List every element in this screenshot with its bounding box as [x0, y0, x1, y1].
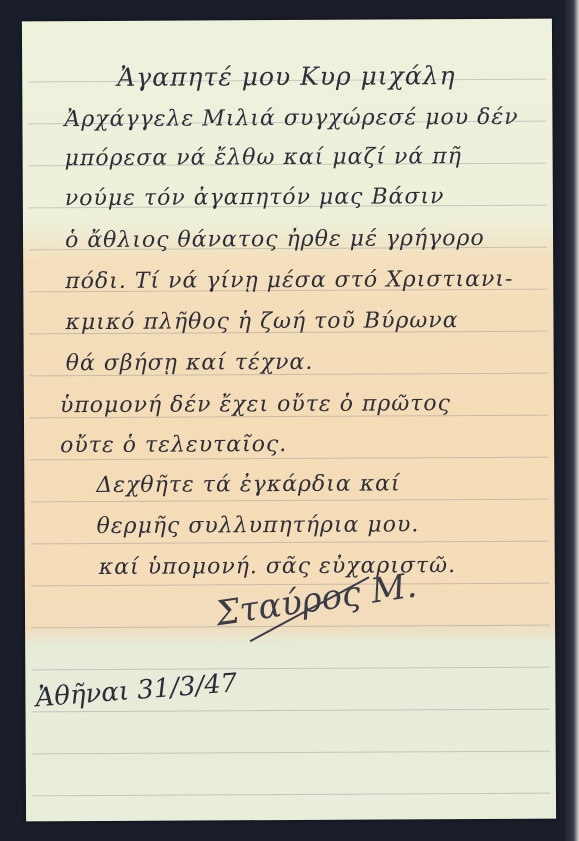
ruled-line: [31, 541, 549, 545]
ruled-line: [32, 709, 550, 713]
letter-line: θερμῆς συλλυπητήρια μου.: [24, 512, 554, 540]
letter-line: πόδι. Τί νά γίνῃ μέσα στό Χριστιανι-: [23, 267, 553, 295]
letter-line: ὑπομονή δέν ἔχει οὔτε ὁ πρῶτος: [24, 391, 554, 419]
letter-salutation: Ἀγαπητέ μου Κυρ μιχάλη: [22, 61, 552, 93]
letter-line: νούμε τόν ἀγαπητόν μας Βάσιν: [23, 184, 553, 212]
letter-line: μπόρεσα νά ἔλθω καί μαζί νά πῆ: [23, 144, 553, 172]
letter-line: Ἀρχάγγελε Μιλιά συγχώρεσέ μου δέν: [22, 105, 552, 133]
letter-line: οὔτε ὁ τελευταῖος.: [24, 431, 554, 459]
letter-line: ὁ ἄθλιος θάνατος ἦρθε μέ γρήγορο: [23, 226, 553, 254]
letter-line: θά σβήσῃ καί τέχνα.: [24, 349, 554, 377]
letter-paper: Ἀγαπητέ μου Κυρ μιχάλη Ἀρχάγγελε Μιλιά σ…: [22, 19, 556, 822]
letter-line: κμικό πλῆθος ἡ ζωή τοῦ Βύρωνα: [23, 308, 553, 336]
date-place: Ἀθῆναι: [35, 676, 131, 713]
date-line: Ἀθῆναι 31/3/47: [35, 668, 239, 713]
ruled-line: [31, 625, 549, 629]
letter-line: Δεχθῆτε τά ἐγκάρδια καί: [24, 471, 554, 499]
ruled-line: [31, 667, 549, 671]
ruled-line: [30, 499, 548, 503]
background-edge: [565, 0, 579, 841]
ruled-line: [32, 751, 550, 755]
letter-line: καί ὑπομονή. σᾶς εὐχαριστῶ.: [25, 553, 555, 581]
date-value: 31/3/47: [136, 668, 238, 705]
ruled-line: [32, 793, 550, 797]
